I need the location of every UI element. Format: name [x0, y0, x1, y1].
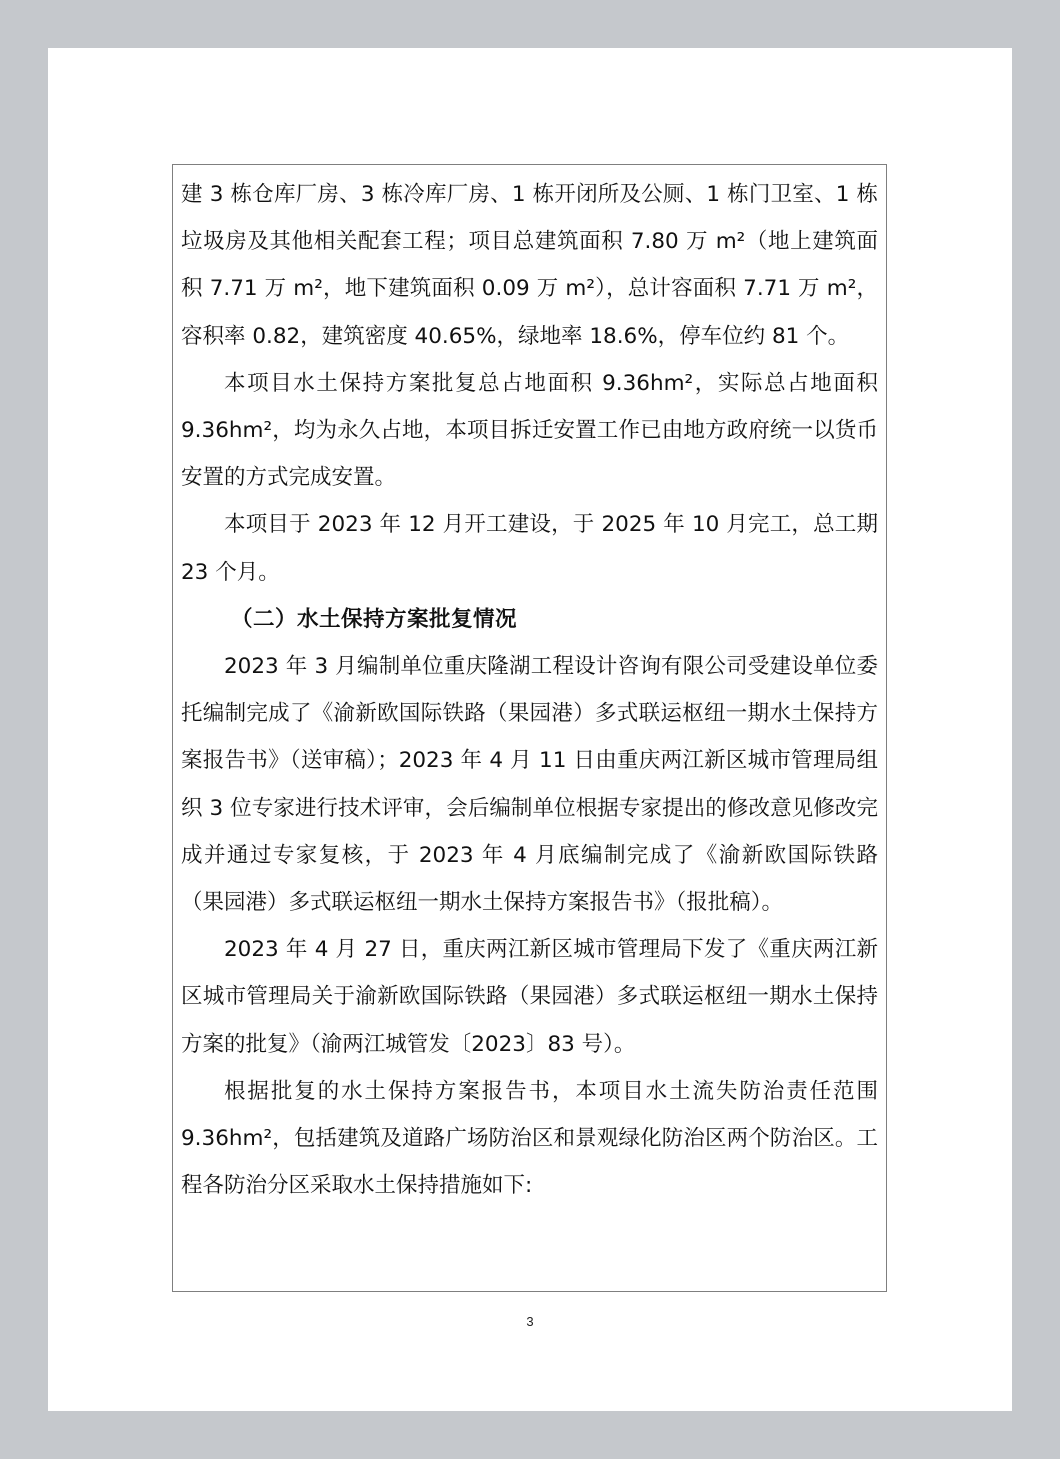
paragraph-project-scale: 建 3 栋仓库厂房、3 栋冷库厂房、1 栋开闭所及公厕、1 栋门卫室、1 栋垃圾… [181, 171, 878, 360]
document-page: 建 3 栋仓库厂房、3 栋冷库厂房、1 栋开闭所及公厕、1 栋门卫室、1 栋垃圾… [48, 48, 1012, 1411]
text-frame: 建 3 栋仓库厂房、3 栋冷库厂房、1 栋开闭所及公厕、1 栋门卫室、1 栋垃圾… [172, 164, 887, 1292]
paragraph-approval: 2023 年 4 月 27 日，重庆两江新区城市管理局下发了《重庆两江新区城市管… [181, 926, 878, 1068]
page-content: 建 3 栋仓库厂房、3 栋冷库厂房、1 栋开闭所及公厕、1 栋门卫室、1 栋垃圾… [181, 171, 878, 1209]
paragraph-responsibility-scope: 根据批复的水土保持方案报告书，本项目水土流失防治责任范围 9.36hm²，包括建… [181, 1068, 878, 1210]
section-heading: （二）水土保持方案批复情况 [181, 596, 878, 643]
paragraph-schedule: 本项目于 2023 年 12 月开工建设，于 2025 年 10 月完工，总工期… [181, 501, 878, 595]
paragraph-land-area: 本项目水土保持方案批复总占地面积 9.36hm²，实际总占地面积 9.36hm²… [181, 360, 878, 502]
page-number: 3 [48, 1314, 1012, 1329]
paragraph-plan-preparation: 2023 年 3 月编制单位重庆隆湖工程设计咨询有限公司受建设单位委托编制完成了… [181, 643, 878, 926]
